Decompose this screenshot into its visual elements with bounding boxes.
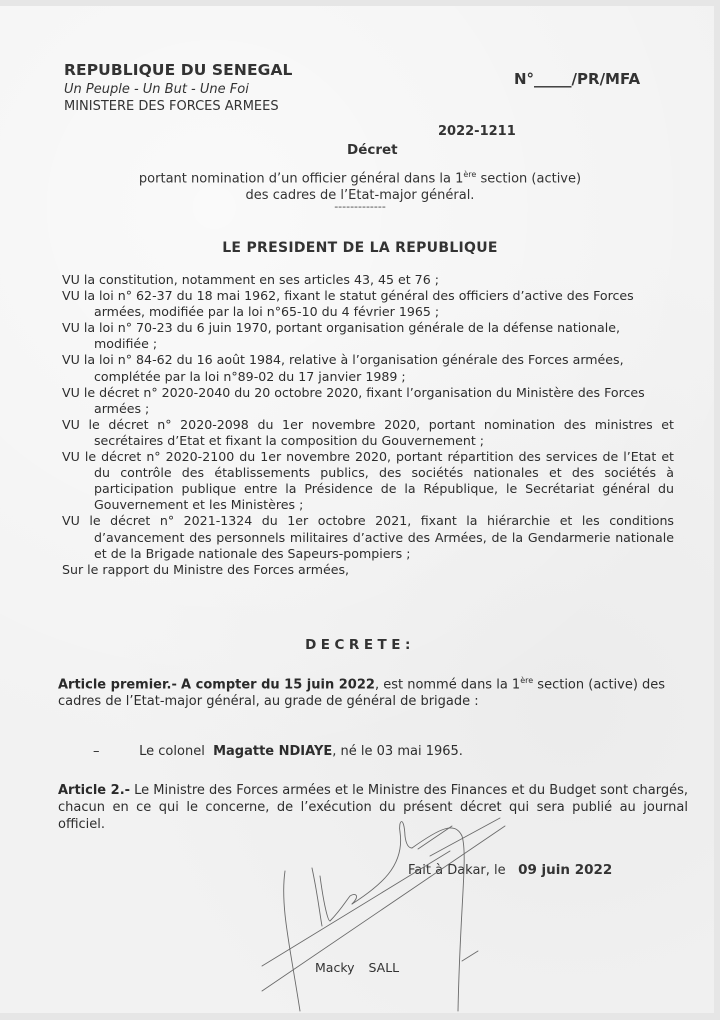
article-1-date: A compter du 15 juin 2022: [181, 677, 375, 692]
article-1-label: Article premier.-: [58, 677, 177, 692]
authority-heading: LE PRESIDENT DE LA REPUBLIQUE: [0, 240, 720, 256]
document-title: Décret: [347, 142, 398, 158]
visa-item: VU le décret n° 2020-2040 du 20 octobre …: [62, 385, 674, 417]
rapport-line: Sur le rapport du Ministre des Forces ar…: [62, 562, 674, 578]
visa-item: VU le décret n° 2021-1324 du 1er octobre…: [62, 513, 674, 561]
visa-item: VU la loi n° 70-23 du 6 juin 1970, porta…: [62, 320, 674, 352]
visa-item: VU le décret n° 2020-2100 du 1er novembr…: [62, 449, 674, 513]
ordinal-superscript: ère: [520, 676, 533, 685]
nominee-rank: Le colonel: [139, 744, 205, 759]
ministry-name: MINISTERE DES FORCES ARMEES: [64, 99, 279, 114]
document-page: REPUBLIQUE DU SENEGAL Un Peuple - Un But…: [0, 6, 714, 1013]
reference-number: N°_____/PR/MFA: [514, 70, 640, 88]
article-2: Article 2.- Le Ministre des Forces armée…: [58, 782, 688, 833]
subtitle-text: section (active): [476, 171, 581, 186]
visa-item: VU le décret n° 2020-2098 du 1er novembr…: [62, 417, 674, 449]
article-1-text: , est nommé dans la 1: [375, 677, 520, 692]
visa-item: VU la loi n° 84-62 du 16 août 1984, rela…: [62, 352, 674, 384]
nominee-line: – Le colonel Magatte NDIAYE, né le 03 ma…: [93, 744, 463, 759]
visa-item: VU la loi n° 62-37 du 18 mai 1962, fixan…: [62, 288, 674, 320]
document-subtitle: portant nomination d’un officier général…: [0, 166, 720, 204]
visa-list: VU la constitution, notamment en ses art…: [62, 272, 674, 578]
place-date-line: Fait à Dakar, le 09 juin 2022: [408, 862, 612, 878]
decree-number: 2022-1211: [438, 124, 516, 139]
article-2-label: Article 2.-: [58, 783, 130, 798]
signer-name: Macky SALL: [315, 960, 399, 975]
national-motto: Un Peuple - Un But - Une Foi: [64, 82, 249, 97]
decrete-heading: DECRETE:: [0, 637, 720, 653]
ordinal-superscript: ère: [463, 170, 476, 179]
visa-item: VU la constitution, notamment en ses art…: [62, 272, 674, 288]
article-2-text: Le Ministre des Forces armées et le Mini…: [58, 783, 688, 832]
nominee-name: Magatte NDIAYE: [213, 744, 332, 759]
signing-date: 09 juin 2022: [518, 862, 612, 878]
bullet-dash: –: [93, 744, 135, 759]
nominee-birth: , né le 03 mai 1965.: [332, 744, 463, 759]
subtitle-text: portant nomination d’un officier général…: [139, 171, 463, 186]
republic-heading: REPUBLIQUE DU SENEGAL: [64, 61, 293, 79]
article-1: Article premier.- A compter du 15 juin 2…: [58, 672, 688, 710]
separator: -------------: [0, 200, 720, 213]
place-text: Fait à Dakar, le: [408, 863, 506, 878]
